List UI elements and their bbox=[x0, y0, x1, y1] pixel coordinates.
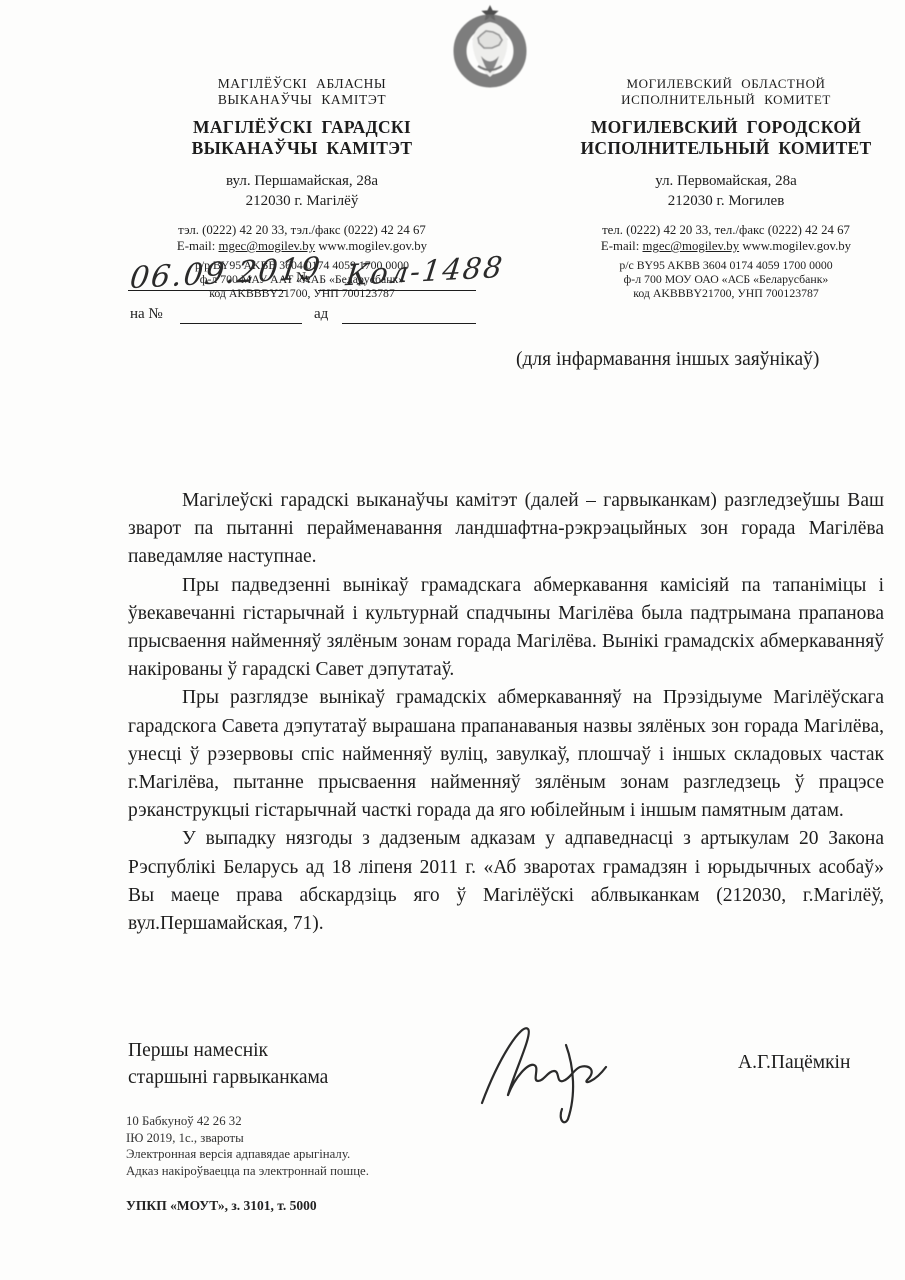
date-number-row: 06.09.2019 № Кол-1488 bbox=[128, 258, 488, 298]
signer-position-line2: старшыні гарвыканкама bbox=[128, 1064, 328, 1091]
signer-position-line1: Першы намеснік bbox=[128, 1037, 328, 1064]
address-line2: 212030 г. Магілёў bbox=[124, 192, 480, 212]
parent-org-name-by: МАГІЛЁЎСКІ АБЛАСНЫ ВЫКАНАЎЧЫ КАМІТЭТ bbox=[124, 76, 480, 108]
letter-body: Магілеўскі гарадскі выканаўчы камітэт (д… bbox=[128, 487, 884, 938]
paragraph-2: Пры падведзенні вынікаў грамадскага абме… bbox=[128, 572, 884, 685]
clerk-notes: 10 Бабкуноў 42 26 32 ІЮ 2019, 1с., зваро… bbox=[126, 1113, 369, 1179]
handwritten-signature-icon bbox=[470, 1015, 620, 1125]
email-line-ru: E-mail: mgec@mogilev.by www.mogilev.gov.… bbox=[548, 238, 904, 254]
address-ru: ул. Первомайская, 28а 212030 г. Могилев bbox=[548, 172, 904, 211]
email-address: mgec@mogilev.by bbox=[643, 239, 740, 253]
scanned-letter-page: МАГІЛЁЎСКІ АБЛАСНЫ ВЫКАНАЎЧЫ КАМІТЭТ МАГ… bbox=[0, 0, 905, 1280]
file-reference: ІЮ 2019, 1с., звароты bbox=[126, 1130, 369, 1147]
email-label: E-mail: bbox=[601, 239, 639, 253]
print-shop-info: УПКП «МОУТ», з. 3101, т. 5000 bbox=[126, 1198, 317, 1214]
handwritten-outgoing-number: Кол-1488 bbox=[344, 250, 506, 293]
org-name-line2: ВЫКАНАЎЧЫ КАМІТЭТ bbox=[124, 138, 480, 159]
paragraph-1: Магілеўскі гарадскі выканаўчы камітэт (д… bbox=[128, 487, 884, 572]
bank-account: р/с BY95 AKBB 3604 0174 4059 1700 0000 bbox=[548, 259, 904, 273]
number-underline bbox=[318, 290, 476, 291]
parent-org-line2: ВЫКАНАЎЧЫ КАМІТЭТ bbox=[124, 92, 480, 108]
phone-line-ru: тел. (0222) 42 20 33, тел./факс (0222) 4… bbox=[548, 222, 904, 238]
address-line1: ул. Первомайская, 28а bbox=[548, 172, 904, 192]
parent-org-line1: МОГИЛЕВСКИЙ ОБЛАСТНОЙ bbox=[548, 76, 904, 92]
parent-org-line1: МАГІЛЁЎСКІ АБЛАСНЫ bbox=[124, 76, 480, 92]
from-date-underline bbox=[342, 323, 476, 324]
bank-details-ru: р/с BY95 AKBB 3604 0174 4059 1700 0000 ф… bbox=[548, 259, 904, 300]
electronic-copy-note: Электронная версія адпавядае арыгіналу. bbox=[126, 1146, 369, 1163]
signer-name: А.Г.Пацёмкін bbox=[738, 1052, 850, 1074]
paragraph-4: У выпадку нязгоды з дадзеным адказам у а… bbox=[128, 825, 884, 938]
address-line2: 212030 г. Могилев bbox=[548, 192, 904, 212]
email-address: mgec@mogilev.by bbox=[219, 239, 316, 253]
bank-code: код AKBBBY21700, УНП 700123787 bbox=[548, 287, 904, 301]
org-name-line1: МОГИЛЕВСКИЙ ГОРОДСКОЙ bbox=[548, 117, 904, 138]
address-line1: вул. Першамайская, 28а bbox=[124, 172, 480, 192]
reply-number-underline bbox=[180, 323, 302, 324]
from-date-label: ад bbox=[314, 306, 328, 323]
signer-position: Першы намеснік старшыні гарвыканкама bbox=[128, 1037, 328, 1091]
reference-block: 06.09.2019 № Кол-1488 на № ад bbox=[128, 258, 488, 330]
org-name-ru: МОГИЛЕВСКИЙ ГОРОДСКОЙ ИСПОЛНИТЕЛЬНЫЙ КОМ… bbox=[548, 117, 904, 159]
bank-branch: ф-л 700 МОУ ОАО «АСБ «Беларусбанк» bbox=[548, 273, 904, 287]
phone-line-by: тэл. (0222) 42 20 33, тэл./факс (0222) 4… bbox=[124, 222, 480, 238]
letterhead-right: МОГИЛЕВСКИЙ ОБЛАСТНОЙ ИСПОЛНИТЕЛЬНЫЙ КОМ… bbox=[548, 76, 904, 300]
paragraph-3: Пры разглядзе вынікаў грамадскіх абмерка… bbox=[128, 684, 884, 825]
date-underline bbox=[128, 290, 286, 291]
org-name-line1: МАГІЛЁЎСКІ ГАРАДСКІ bbox=[124, 117, 480, 138]
reply-reference-row: на № ад bbox=[128, 306, 488, 330]
reply-to-label: на № bbox=[130, 306, 163, 323]
website-address: www.mogilev.gov.by bbox=[318, 239, 427, 253]
email-label: E-mail: bbox=[177, 239, 215, 253]
email-delivery-note: Адказ накіроўваецца па электроннай пошце… bbox=[126, 1163, 369, 1180]
website-address: www.mogilev.gov.by bbox=[742, 239, 851, 253]
address-by: вул. Першамайская, 28а 212030 г. Магілёў bbox=[124, 172, 480, 211]
addressee-note: (для інфармавання іншых заяўнікаў) bbox=[516, 346, 882, 374]
executor-phone: 10 Бабкуноў 42 26 32 bbox=[126, 1113, 369, 1130]
parent-org-name-ru: МОГИЛЕВСКИЙ ОБЛАСТНОЙ ИСПОЛНИТЕЛЬНЫЙ КОМ… bbox=[548, 76, 904, 108]
org-name-by: МАГІЛЁЎСКІ ГАРАДСКІ ВЫКАНАЎЧЫ КАМІТЭТ bbox=[124, 117, 480, 159]
parent-org-line2: ИСПОЛНИТЕЛЬНЫЙ КОМИТЕТ bbox=[548, 92, 904, 108]
org-name-line2: ИСПОЛНИТЕЛЬНЫЙ КОМИТЕТ bbox=[548, 138, 904, 159]
number-sign-label: № bbox=[296, 270, 310, 287]
